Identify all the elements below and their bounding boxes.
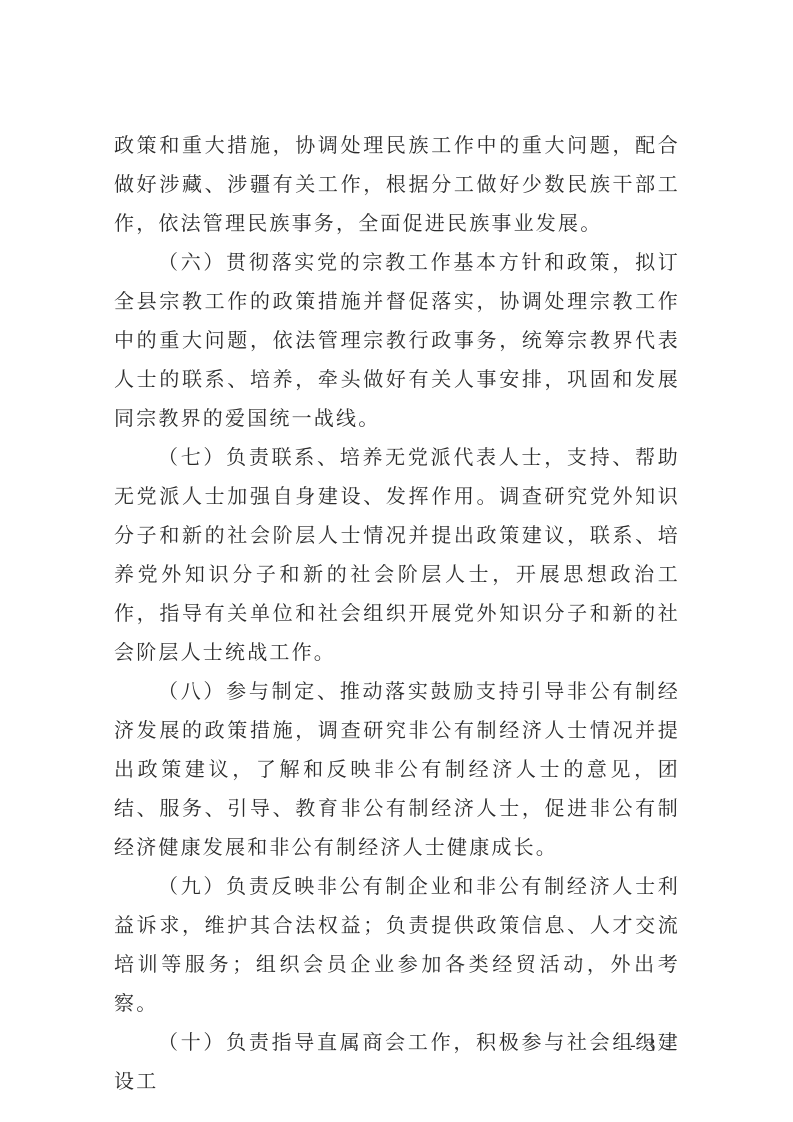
document-page: 政策和重大措施，协调处理民族工作中的重大问题，配合做好涉藏、涉疆有关工作，根据分… <box>0 0 793 1122</box>
page-number: - 3 - <box>630 1036 673 1056</box>
paragraph-6-religion: （六）贯彻落实党的宗教工作基本方针和政策，拟订全县宗教工作的政策措施并督促落实，… <box>114 243 680 438</box>
paragraph-10-chambers: （十）负责指导直属商会工作，积极参与社会组织建设工 <box>114 1023 680 1101</box>
body-text: 政策和重大措施，协调处理民族工作中的重大问题，配合做好涉藏、涉疆有关工作，根据分… <box>114 126 680 1101</box>
paragraph-ethnic-affairs-continued: 政策和重大措施，协调处理民族工作中的重大问题，配合做好涉藏、涉疆有关工作，根据分… <box>114 126 680 243</box>
paragraph-7-non-party: （七）负责联系、培养无党派代表人士，支持、帮助无党派人士加强自身建设、发挥作用。… <box>114 438 680 672</box>
paragraph-9-interests: （九）负责反映非公有制企业和非公有制经济人士利益诉求，维护其合法权益；负责提供政… <box>114 867 680 1023</box>
paragraph-8-non-public-economy: （八）参与制定、推动落实鼓励支持引导非公有制经济发展的政策措施，调查研究非公有制… <box>114 672 680 867</box>
